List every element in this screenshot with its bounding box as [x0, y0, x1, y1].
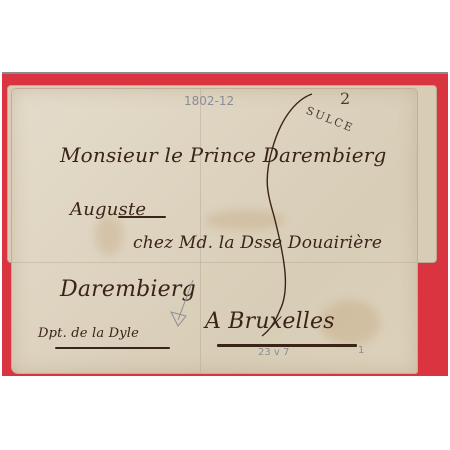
charge-stroke [262, 94, 312, 336]
ink-strokes [0, 0, 450, 450]
